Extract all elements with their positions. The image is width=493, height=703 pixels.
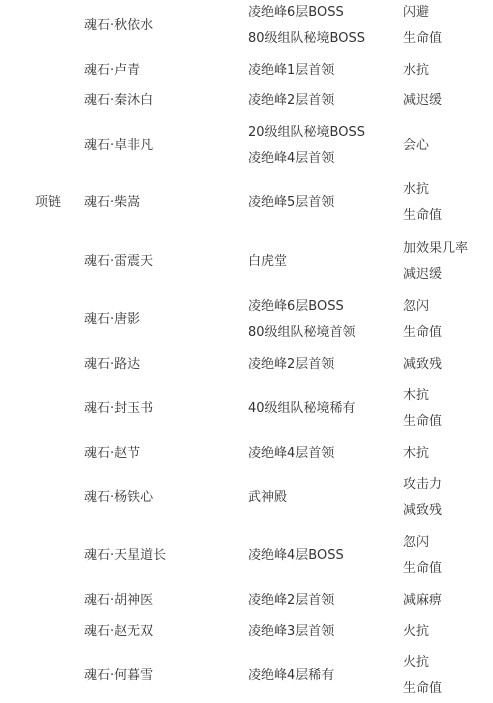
attribute: 生命值 [403, 30, 442, 48]
soulstone-name: 魂石·秦沐白 [84, 92, 153, 110]
soulstone-name: 魂石·赵节 [84, 445, 140, 463]
soulstone-name: 魂石·天星道长 [84, 547, 166, 565]
drop-source: 凌绝峰4层稀有 [248, 667, 334, 685]
attribute: 生命值 [403, 324, 442, 342]
attribute: 减迟缓 [403, 92, 442, 110]
drop-source: 凌绝峰2层首领 [248, 92, 334, 110]
drop-source: 20级组队秘境BOSS [248, 124, 365, 142]
soulstone-name: 魂石·秋依水 [84, 17, 153, 35]
attribute: 木抗 [403, 387, 429, 405]
drop-source: 凌绝峰4层首领 [248, 445, 334, 463]
attribute: 减麻痹 [403, 592, 442, 610]
drop-source: 凌绝峰5层首领 [248, 194, 334, 212]
attribute: 忽闪 [403, 298, 429, 316]
soulstone-name: 魂石·卢青 [84, 62, 140, 80]
attribute: 火抗 [403, 654, 429, 672]
attribute: 减迟缓 [403, 266, 442, 284]
drop-source: 凌绝峰6层BOSS [248, 298, 344, 316]
attribute: 攻击力 [403, 476, 442, 494]
soulstone-name: 魂石·唐影 [84, 311, 140, 329]
attribute: 生命值 [403, 207, 442, 225]
soulstone-name: 魂石·赵无双 [84, 623, 153, 641]
attribute: 水抗 [403, 62, 429, 80]
soulstone-name: 魂石·封玉书 [84, 400, 153, 418]
soulstone-name: 魂石·何暮雪 [84, 667, 153, 685]
attribute: 闪避 [403, 4, 429, 22]
drop-source: 白虎堂 [248, 253, 287, 271]
drop-source: 凌绝峰2层首领 [248, 592, 334, 610]
soulstone-name: 魂石·柴嵩 [84, 194, 140, 212]
drop-source: 凌绝峰2层首领 [248, 356, 334, 374]
soulstone-name: 魂石·路达 [84, 356, 140, 374]
drop-source: 凌绝峰1层首领 [248, 62, 334, 80]
attribute: 会心 [403, 137, 429, 155]
attribute: 水抗 [403, 181, 429, 199]
drop-source: 凌绝峰4层首领 [248, 150, 334, 168]
drop-source: 80级组队秘境首领 [248, 324, 356, 342]
drop-source: 40级组队秘境稀有 [248, 400, 356, 418]
attribute: 生命值 [403, 413, 442, 431]
attribute: 火抗 [403, 623, 429, 641]
drop-source: 凌绝峰4层BOSS [248, 547, 344, 565]
soulstone-name: 魂石·胡神医 [84, 592, 153, 610]
soulstone-name: 魂石·卓非凡 [84, 137, 153, 155]
attribute: 木抗 [403, 445, 429, 463]
drop-source: 80级组队秘境BOSS [248, 30, 365, 48]
soulstone-name: 魂石·杨铁心 [84, 489, 153, 507]
attribute: 忽闪 [403, 534, 429, 552]
drop-source: 凌绝峰3层首领 [248, 623, 334, 641]
attribute: 减致残 [403, 356, 442, 374]
soulstone-name: 魂石·雷震天 [84, 253, 153, 271]
attribute: 生命值 [403, 680, 442, 698]
drop-source: 凌绝峰6层BOSS [248, 4, 344, 22]
category-label: 项链 [35, 194, 61, 212]
drop-source: 武神殿 [248, 489, 287, 507]
attribute: 生命值 [403, 560, 442, 578]
attribute: 减致残 [403, 502, 442, 520]
attribute: 加效果几率 [403, 240, 468, 258]
